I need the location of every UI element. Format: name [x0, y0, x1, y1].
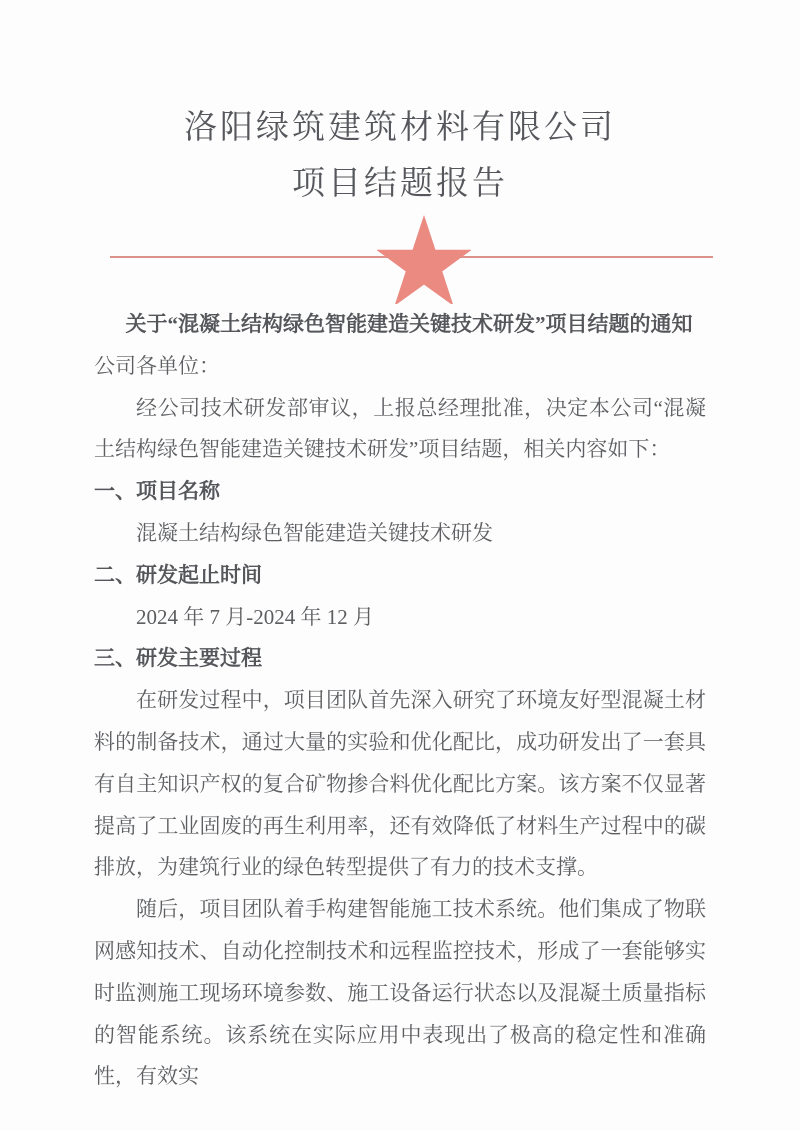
- notice-salutation: 公司各单位：: [94, 346, 706, 388]
- section-2-content: 2024 年 7 月-2024 年 12 月: [94, 597, 706, 639]
- star-divider: [0, 212, 800, 304]
- section-1-content: 混凝土结构绿色智能建造关键技术研发: [94, 513, 706, 555]
- section-3-paragraph-2: 随后，项目团队着手构建智能施工技术系统。他们集成了物联网感知技术、自动化控制技术…: [94, 889, 706, 1098]
- star-icon: [377, 214, 471, 304]
- section-3-paragraph-1: 在研发过程中，项目团队首先深入研究了环境友好型混凝土材料的制备技术，通过大量的实…: [94, 680, 706, 889]
- document-body: 关于“混凝土结构绿色智能建造关键技术研发”项目结题的通知 公司各单位： 经公司技…: [0, 304, 800, 1098]
- section-2-heading: 二、研发起止时间: [94, 555, 706, 597]
- document-title: 洛阳绿筑建筑材料有限公司 项目结题报告: [0, 0, 800, 212]
- section-3-heading: 三、研发主要过程: [94, 638, 706, 680]
- notice-intro: 经公司技术研发部审议，上报总经理批准，决定本公司“混凝土结构绿色智能建造关键技术…: [94, 388, 706, 472]
- title-line-report: 项目结题报告: [0, 156, 800, 212]
- section-1-heading: 一、项目名称: [94, 471, 706, 513]
- document-page: 洛阳绿筑建筑材料有限公司 项目结题报告 关于“混凝土结构绿色智能建造关键技术研发…: [0, 0, 800, 1131]
- notice-subject: 关于“混凝土结构绿色智能建造关键技术研发”项目结题的通知: [94, 304, 706, 346]
- title-line-company: 洛阳绿筑建筑材料有限公司: [0, 100, 800, 156]
